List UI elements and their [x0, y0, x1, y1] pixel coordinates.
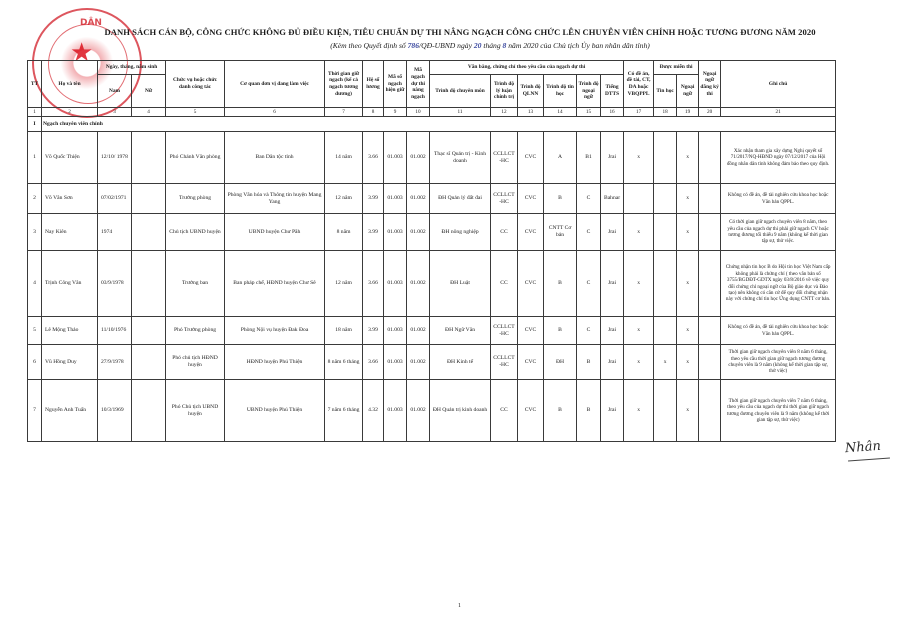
header-specialty: Trình độ chuyên môn [430, 75, 491, 108]
salary-coef: 3.99 [363, 214, 384, 251]
column-number: 4 [132, 108, 166, 117]
person-name: Nguyễn Anh Tuấn [42, 380, 98, 442]
dob-female [132, 317, 166, 345]
state-mgmt-level: CVC [518, 214, 544, 251]
language-level: C [577, 184, 601, 214]
tenure: 12 năm [325, 251, 363, 317]
ethnic-language: Jrai [601, 345, 624, 380]
row-number: 5 [28, 317, 42, 345]
subtitle-mid2: tháng [481, 41, 502, 50]
politics-level: CC [491, 380, 518, 442]
column-number: 7 [325, 108, 363, 117]
lang-registered [699, 132, 721, 184]
salary-coef: 3.66 [363, 132, 384, 184]
column-number: 9 [384, 108, 407, 117]
header-ethnic-lang: Tiếng DTTS [601, 75, 624, 108]
person-name: Trịnh Công Văn [42, 251, 98, 317]
project-mark: x [624, 132, 654, 184]
current-code: 01.003 [384, 345, 407, 380]
row-number: 4 [28, 251, 42, 317]
table-row: 1Võ Quốc Thiện12/10/ 1978Phó Chánh Văn p… [28, 132, 836, 184]
ethnic-language: Bahnar [601, 184, 624, 214]
column-number-row: 123456789101112131415161718192021 [28, 108, 836, 117]
position: Phó Trưởng phòng [166, 317, 225, 345]
note: Chứng nhận tin học B do Hội tin học Việt… [721, 251, 836, 317]
exempt-it-mark: x [654, 345, 677, 380]
specialty: Thạc sĩ Quản trị - Kinh doanh [430, 132, 491, 184]
dob-female [132, 132, 166, 184]
row-number: 2 [28, 184, 42, 214]
table-row: 6Vũ Hồng Duy27/9/1978Phó chủ tịch HĐND h… [28, 345, 836, 380]
position: Phó chủ tịch HĐND huyện [166, 345, 225, 380]
header-tt: TT [28, 61, 42, 108]
dob-male: 07/02/1971 [98, 184, 132, 214]
header-exam-code: Mã ngạch dự thi nâng ngạch [407, 61, 430, 108]
state-mgmt-level: CVC [518, 132, 544, 184]
row-number: 1 [28, 132, 42, 184]
salary-coef: 3.99 [363, 317, 384, 345]
project-mark: x [624, 317, 654, 345]
project-mark: x [624, 380, 654, 442]
lang-registered [699, 184, 721, 214]
column-number: 2 [42, 108, 98, 117]
position: Phó Chủ tịch UBND huyện [166, 380, 225, 442]
column-number: 20 [699, 108, 721, 117]
exempt-lang-mark: x [677, 132, 699, 184]
header-tenure: Thời gian giữ ngạch (kể cả ngạch tương đ… [325, 61, 363, 108]
specialty: ĐH Kinh tế [430, 345, 491, 380]
person-name: Lê Mộng Thảo [42, 317, 98, 345]
dob-male: 27/9/1978 [98, 345, 132, 380]
language-level: C [577, 214, 601, 251]
language-level: B1 [577, 132, 601, 184]
specialty: ĐH nông nghiệp [430, 214, 491, 251]
language-level: C [577, 251, 601, 317]
project-mark [624, 184, 654, 214]
it-level: B [544, 184, 577, 214]
table-row: 2Võ Văn Sơn07/02/1971Trưởng phòngPhòng V… [28, 184, 836, 214]
current-code: 01.003 [384, 132, 407, 184]
project-mark: x [624, 345, 654, 380]
section-label: Ngạch chuyên viên chính [42, 117, 836, 132]
tenure: 14 năm [325, 132, 363, 184]
header-salary-coef: Hệ số lương [363, 61, 384, 108]
it-level: B [544, 251, 577, 317]
tenure: 12 năm [325, 184, 363, 214]
exempt-it-mark [654, 132, 677, 184]
salary-coef: 3.66 [363, 345, 384, 380]
document-subtitle: (Kèm theo Quyết định số 786/QĐ-UBND ngày… [130, 41, 850, 50]
note: Thời gian giữ ngạch chuyên viên 8 năm 6 … [721, 345, 836, 380]
politics-level: CCLLCT -HC [491, 184, 518, 214]
header-project: Có đề án, đề tài, CT, DA hoặc VBQPPL [624, 61, 654, 108]
agency: Phòng Nội vụ huyện Đak Đoa [225, 317, 325, 345]
state-mgmt-level: CVC [518, 251, 544, 317]
column-number: 19 [677, 108, 699, 117]
dob-female [132, 251, 166, 317]
exempt-it-mark [654, 184, 677, 214]
header-current-code: Mã số ngạch hiện giữ [384, 61, 407, 108]
header-it: Trình độ tin học [544, 75, 577, 108]
note: Thời gian giữ ngạch chuyên viên 7 năm 6 … [721, 380, 836, 442]
agency: HĐND huyện Phú Thiện [225, 345, 325, 380]
subtitle-mid1: /QĐ-UBND ngày [419, 41, 474, 50]
agency: Ban pháp chế, HĐND huyện Chư Sê [225, 251, 325, 317]
header-name: Họ và tên [42, 61, 98, 108]
agency: Phòng Văn hóa và Thông tin huyện Mang Ya… [225, 184, 325, 214]
signature-underline [848, 458, 890, 462]
exempt-lang-mark: x [677, 317, 699, 345]
salary-coef: 4.32 [363, 380, 384, 442]
page-number: 1 [458, 603, 461, 609]
project-mark: x [624, 214, 654, 251]
note: Không có đề án, đề tài nghiên cứu khoa h… [721, 317, 836, 345]
exam-code: 01.002 [407, 214, 430, 251]
header-dob-group: Ngày, tháng, năm sinh [98, 61, 166, 75]
ethnic-language: Jrai [601, 380, 624, 442]
table-row: 3Nay Kiên1974Chủ tịch UBND huyệnUBND huy… [28, 214, 836, 251]
column-number: 17 [624, 108, 654, 117]
column-number: 16 [601, 108, 624, 117]
salary-coef: 3.66 [363, 251, 384, 317]
table-row: 5Lê Mộng Thảo11/10/1976Phó Trưởng phòngP… [28, 317, 836, 345]
agency: UBND huyện Phú Thiện [225, 380, 325, 442]
tenure: 18 năm [325, 317, 363, 345]
subtitle-prefix: (Kèm theo Quyết định số [330, 41, 407, 50]
ethnic-language: Jrai [601, 214, 624, 251]
exempt-lang-mark: x [677, 380, 699, 442]
ethnic-language: Jrai [601, 251, 624, 317]
column-number: 13 [518, 108, 544, 117]
header-state-mgmt: Trình độ QLNN [518, 75, 544, 108]
dob-male: 10/3/1969 [98, 380, 132, 442]
lang-registered [699, 345, 721, 380]
tenure: 7 năm 6 tháng [325, 380, 363, 442]
language-level: B [577, 345, 601, 380]
exempt-it-mark [654, 251, 677, 317]
exam-code: 01.002 [407, 317, 430, 345]
it-level: CNTT Cơ bản [544, 214, 577, 251]
dob-male: 12/10/ 1978 [98, 132, 132, 184]
exam-code: 01.002 [407, 251, 430, 317]
it-level: A [544, 132, 577, 184]
column-number: 8 [363, 108, 384, 117]
dob-female [132, 345, 166, 380]
column-number: 3 [98, 108, 132, 117]
candidate-table: TT Họ và tên Ngày, tháng, năm sinh Chức … [27, 60, 836, 442]
project-mark: x [624, 251, 654, 317]
ethnic-language: Jrai [601, 317, 624, 345]
header-agency: Cơ quan đơn vị đang làm việc [225, 61, 325, 108]
lang-registered [699, 214, 721, 251]
exempt-it-mark [654, 380, 677, 442]
section-number: I [28, 117, 42, 132]
header-lang-registered: Ngoại ngữ đăng ký thi [699, 61, 721, 108]
position: Trưởng ban [166, 251, 225, 317]
decision-number: 786 [408, 41, 419, 50]
it-level: B [544, 380, 577, 442]
column-number: 15 [577, 108, 601, 117]
person-name: Vũ Hồng Duy [42, 345, 98, 380]
state-mgmt-level: CVC [518, 345, 544, 380]
dob-female [132, 184, 166, 214]
exam-code: 01.002 [407, 345, 430, 380]
tenure: 8 năm 6 tháng [325, 345, 363, 380]
exempt-it-mark [654, 317, 677, 345]
specialty: ĐH Luật [430, 251, 491, 317]
row-number: 6 [28, 345, 42, 380]
header-language: Trình độ ngoại ngữ [577, 75, 601, 108]
position: Phó Chánh Văn phòng [166, 132, 225, 184]
exempt-lang-mark: x [677, 251, 699, 317]
exempt-lang-mark: x [677, 345, 699, 380]
dob-male: 1974 [98, 214, 132, 251]
header-exempt-it: Tin học [654, 75, 677, 108]
politics-level: CC [491, 214, 518, 251]
person-name: Võ Văn Sơn [42, 184, 98, 214]
current-code: 01.003 [384, 251, 407, 317]
column-number: 6 [225, 108, 325, 117]
column-number: 10 [407, 108, 430, 117]
signature: Nhân [845, 439, 882, 456]
subtitle-suffix: năm 2020 của Chủ tịch Ủy ban nhân dân tỉ… [506, 41, 649, 50]
header-politics: Trình độ lý luận chính trị [491, 75, 518, 108]
it-level: B [544, 317, 577, 345]
state-mgmt-level: CVC [518, 380, 544, 442]
it-level: ĐH [544, 345, 577, 380]
person-name: Nay Kiên [42, 214, 98, 251]
specialty: ĐH Ngữ Văn [430, 317, 491, 345]
politics-level: CC [491, 251, 518, 317]
header-exempt-lang: Ngoại ngữ [677, 75, 699, 108]
note: Xác nhận tham gia xây dựng Nghị quyết số… [721, 132, 836, 184]
politics-level: CCLLCT -HC [491, 345, 518, 380]
state-mgmt-level: CVC [518, 317, 544, 345]
column-number: 1 [28, 108, 42, 117]
column-number: 14 [544, 108, 577, 117]
agency: Ban Dân tộc tỉnh [225, 132, 325, 184]
header-qualification-group: Văn bằng, chứng chỉ theo yêu cầu của ngạ… [430, 61, 624, 75]
position: Chủ tịch UBND huyện [166, 214, 225, 251]
lang-registered [699, 317, 721, 345]
current-code: 01.003 [384, 184, 407, 214]
ethnic-language: Jrai [601, 132, 624, 184]
salary-coef: 3.99 [363, 184, 384, 214]
position: Trưởng phòng [166, 184, 225, 214]
header-male: Nam [98, 75, 132, 108]
current-code: 01.003 [384, 317, 407, 345]
person-name: Võ Quốc Thiện [42, 132, 98, 184]
lang-registered [699, 251, 721, 317]
note: Không có đề án, đề tài nghiên cứu khoa h… [721, 184, 836, 214]
tenure: 8 năm [325, 214, 363, 251]
note: Có thời gian giữ ngạch chuyên viên 8 năm… [721, 214, 836, 251]
column-number: 12 [491, 108, 518, 117]
column-number: 5 [166, 108, 225, 117]
column-number: 18 [654, 108, 677, 117]
dob-female [132, 380, 166, 442]
table-row: 7Nguyễn Anh Tuấn10/3/1969Phó Chủ tịch UB… [28, 380, 836, 442]
lang-registered [699, 380, 721, 442]
exempt-lang-mark: x [677, 214, 699, 251]
exempt-lang-mark: x [677, 184, 699, 214]
document-title: DANH SÁCH CÁN BỘ, CÔNG CHỨC KHÔNG ĐỦ ĐIỀ… [80, 27, 840, 37]
politics-level: CCLLCT -HC [491, 132, 518, 184]
specialty: ĐH Quản lý đất đai [430, 184, 491, 214]
language-level: C [577, 317, 601, 345]
column-number: 11 [430, 108, 491, 117]
current-code: 01.003 [384, 380, 407, 442]
header-female: Nữ [132, 75, 166, 108]
dob-male: 03/9/1978 [98, 251, 132, 317]
exam-code: 01.002 [407, 132, 430, 184]
header-position: Chức vụ hoặc chức danh công tác [166, 61, 225, 108]
current-code: 01.003 [384, 214, 407, 251]
header-exempt-group: Được miễn thi [654, 61, 699, 75]
state-mgmt-level: CVC [518, 184, 544, 214]
row-number: 3 [28, 214, 42, 251]
exempt-it-mark [654, 214, 677, 251]
language-level: B [577, 380, 601, 442]
header-notes: Ghi chú [721, 61, 836, 108]
dob-male: 11/10/1976 [98, 317, 132, 345]
politics-level: CCLLCT -HC [491, 317, 518, 345]
table-row: 4Trịnh Công Văn03/9/1978Trưởng banBan ph… [28, 251, 836, 317]
section-row: I Ngạch chuyên viên chính [28, 117, 836, 132]
dob-female [132, 214, 166, 251]
specialty: ĐH Quản trị kinh doanh [430, 380, 491, 442]
column-number: 21 [721, 108, 836, 117]
row-number: 7 [28, 380, 42, 442]
exam-code: 01.002 [407, 184, 430, 214]
agency: UBND huyện Chư Păh [225, 214, 325, 251]
exam-code: 01.002 [407, 380, 430, 442]
